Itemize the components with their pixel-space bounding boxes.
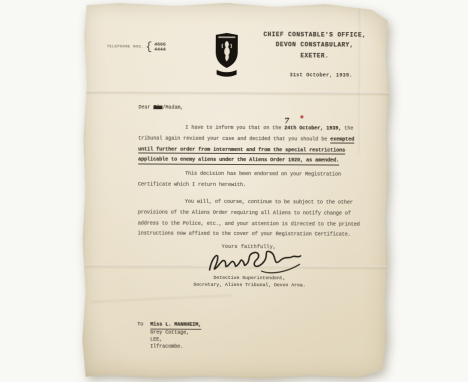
underlined-text: exempted [330, 136, 354, 144]
paragraph-2: This decision has been endorsed on your … [138, 168, 341, 191]
constabulary-crest-icon [215, 32, 239, 80]
body-date: 24th October, 1939, [284, 125, 341, 131]
underlined-text: until further order from internment and … [138, 146, 345, 155]
telephone-label: TELEPHONE NOS. [107, 46, 144, 50]
body-line: applicable to enemy aliens under the Ali… [138, 155, 354, 167]
paragraph-1: I have to inform you that on the 24th Oc… [138, 122, 354, 166]
body-line: instructions now affixed to the cover of… [138, 229, 360, 241]
letter-paper: TELEPHONE NOS. { 4666 4444 CHIEF CONSTAB… [81, 2, 390, 380]
handwritten-correction: 7 [284, 116, 289, 127]
body-line: Certificate which I return herewith. [138, 179, 341, 191]
handwritten-signature-icon [204, 246, 304, 279]
office-line: DEVON CONSTABULARY, [245, 40, 385, 51]
salutation-suffix: /Madam, [162, 105, 183, 111]
signature-title: Secretary, Aliens Tribunal, Devon Area. [176, 282, 322, 290]
telephone-block: TELEPHONE NOS. { 4666 4444 [107, 42, 166, 53]
office-line: CHIEF CONSTABLE'S OFFICE, [245, 30, 385, 41]
red-ink-dot [300, 115, 303, 118]
paper-crease [91, 294, 231, 304]
recipient-block: To Miss L. MANNHEIM, Grey Cottage, LEE, … [137, 321, 201, 350]
signature-title-block: Detective Superintendent, Secretary, Ali… [176, 275, 322, 290]
salutation-struck-word: Sir [153, 105, 162, 111]
body-text: the [341, 126, 353, 132]
photo-background: TELEPHONE NOS. { 4666 4444 CHIEF CONSTAB… [0, 0, 468, 382]
letter-date: 31st October, 1939. [290, 72, 353, 78]
telephone-number-2: 4444 [154, 48, 166, 53]
recipient-address-line: Ilfracombe. [150, 344, 201, 351]
letter-paper-shadow: TELEPHONE NOS. { 4666 4444 CHIEF CONSTAB… [81, 2, 390, 380]
body-text: I have to inform you that on the [185, 125, 284, 132]
to-label: To [137, 321, 143, 350]
salutation-prefix: Dear [138, 104, 153, 110]
recipient-name: Miss L. MANNHEIM, [150, 322, 201, 330]
body-text: tribunal again revised your case and dec… [138, 135, 330, 142]
underlined-text: applicable to enemy aliens under the Ali… [138, 157, 339, 166]
telephone-numbers: 4666 4444 [154, 43, 166, 54]
paper-crease [83, 90, 390, 96]
paragraph-3: You will, of course, continue to be subj… [138, 196, 360, 240]
office-address-block: CHIEF CONSTABLE'S OFFICE, DEVON CONSTABU… [245, 30, 385, 62]
salutation-line: Dear Sir/Madam, [138, 102, 183, 113]
office-line: EXETER. [245, 51, 385, 62]
recipient-address: Miss L. MANNHEIM, Grey Cottage, LEE, Ilf… [150, 322, 201, 351]
telephone-brace: { [146, 43, 153, 53]
